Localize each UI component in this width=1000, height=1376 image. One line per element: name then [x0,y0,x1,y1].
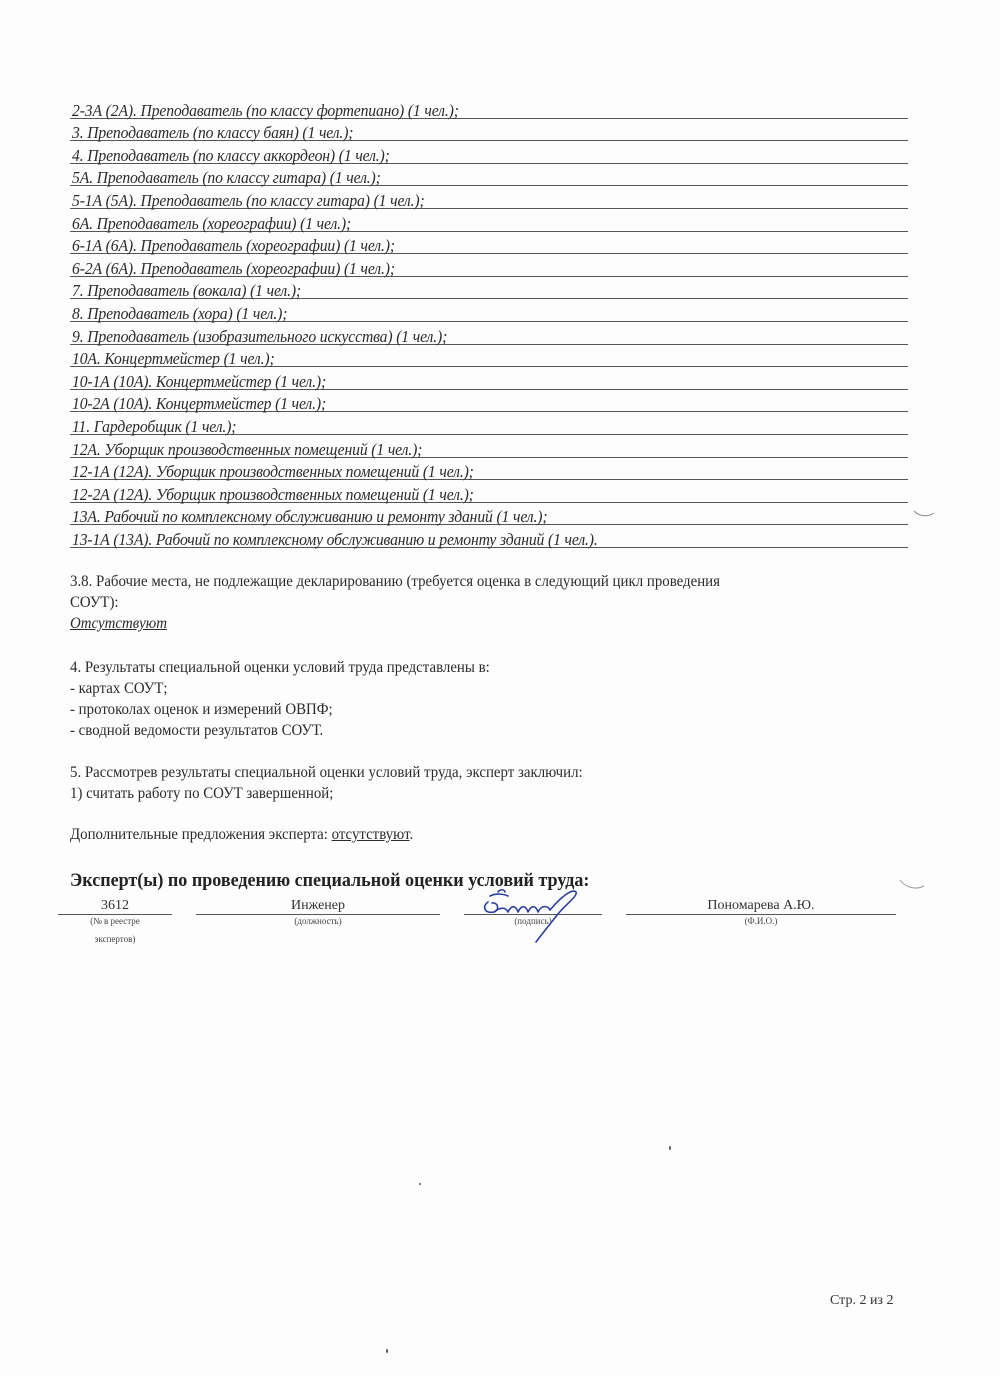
handwritten-signature-icon [478,884,588,944]
section-3-8-line1: 3.8. Рабочие места, не подлежащие деклар… [70,571,720,592]
section-3-8-line2: СОУТ): [70,592,119,613]
workplace-row: 3. Преподаватель (по классу баян) (1 чел… [70,119,908,142]
section-4-item: - протоколах оценок и измерений ОВПФ; [70,699,333,720]
additional-label: Дополнительные предложения эксперта: [70,826,332,843]
workplace-row: 12А. Уборщик производственных помещений … [70,435,908,458]
workplace-text: 12А. Уборщик производственных помещений … [72,440,422,460]
workplace-text: 8. Преподаватель (хора) (1 чел.); [72,304,287,324]
workplace-text: 10-1А (10А). Концертмейстер (1 чел.); [72,372,326,392]
workplace-row: 10-2А (10А). Концертмейстер (1 чел.); [70,390,908,413]
workplace-row: 6А. Преподаватель (хореографии) (1 чел.)… [70,209,908,232]
document-page: 2-3А (2А). Преподаватель (по классу форт… [0,0,1000,1376]
page-number: Стр. 2 из 2 [830,1293,893,1309]
workplace-text: 6-2А (6А). Преподаватель (хореографии) (… [72,259,395,279]
expert-name-field: Пономарева А.Ю. (Ф.И.О.) [626,898,896,927]
workplace-text: 6А. Преподаватель (хореографии) (1 чел.)… [72,214,351,234]
workplace-row: 6-2А (6А). Преподаватель (хореографии) (… [70,254,908,277]
workplace-row: 11. Гардеробщик (1 чел.); [70,412,908,435]
registry-caption-2: экспертов) [58,933,172,945]
workplace-row: 4. Преподаватель (по классу аккордеон) (… [70,141,908,164]
scan-speck [386,1349,388,1353]
workplace-row: 10-1А (10А). Концертмейстер (1 чел.); [70,367,908,390]
workplace-text: 5-1А (5А). Преподаватель (по классу гита… [72,191,425,211]
workplace-row: 7. Преподаватель (вокала) (1 чел.); [70,277,908,300]
position-field: Инженер (должность) [196,898,440,927]
additional-suffix: . [409,826,413,843]
workplace-row: 2-3А (2А). Преподаватель (по классу форт… [70,96,908,119]
workplace-row: 10А. Концертмейстер (1 чел.); [70,345,908,368]
workplace-row: 8. Преподаватель (хора) (1 чел.); [70,299,908,322]
workplace-text: 13А. Рабочий по комплексному обслуживани… [72,507,547,527]
workplace-text: 4. Преподаватель (по классу аккордеон) (… [72,146,390,166]
workplace-row: 5А. Преподаватель (по классу гитара) (1 … [70,164,908,187]
scan-mark-icon [912,508,938,520]
section-4-heading: 4. Результаты специальной оценки условий… [70,657,490,678]
registry-number-field: 3612 (№ в реестре экспертов) [58,898,172,945]
section-4-item: - сводной ведомости результатов СОУТ. [70,720,323,741]
workplace-text: 6-1А (6А). Преподаватель (хореографии) (… [72,236,395,256]
workplace-text: 9. Преподаватель (изобразительного искус… [72,327,447,347]
workplace-text: 10А. Концертмейстер (1 чел.); [72,349,275,369]
expert-name-caption: (Ф.И.О.) [626,915,896,927]
registry-caption: (№ в реестре [58,915,172,927]
workplace-row: 12-2А (12А). Уборщик производственных по… [70,480,908,503]
section-5-heading: 5. Рассмотрев результаты специальной оце… [70,762,583,783]
workplace-list: 2-3А (2А). Преподаватель (по классу форт… [70,96,908,548]
workplace-row: 13А. Рабочий по комплексному обслуживани… [70,503,908,526]
workplace-text: 13-1А (13А). Рабочий по комплексному обс… [72,530,598,550]
additional-proposals: Дополнительные предложения эксперта: отс… [70,824,413,845]
workplace-text: 7. Преподаватель (вокала) (1 чел.); [72,281,301,301]
workplace-row: 13-1А (13А). Рабочий по комплексному обс… [70,525,908,548]
additional-value: отсутствуют [332,826,410,843]
workplace-text: 3. Преподаватель (по классу баян) (1 чел… [72,123,353,143]
workplace-row: 6-1А (6А). Преподаватель (хореографии) (… [70,232,908,255]
workplace-row: 9. Преподаватель (изобразительного искус… [70,322,908,345]
workplace-text: 10-2А (10А). Концертмейстер (1 чел.); [72,394,326,414]
workplace-text: 5А. Преподаватель (по классу гитара) (1 … [72,168,381,188]
workplace-text: 12-2А (12А). Уборщик производственных по… [72,485,474,505]
scan-mark-icon [898,876,926,894]
registry-number: 3612 [58,898,172,914]
section-3-8-value: Отсутствуют [70,613,167,634]
section-4-item: - картах СОУТ; [70,678,168,699]
workplace-row: 5-1А (5А). Преподаватель (по классу гита… [70,186,908,209]
workplace-text: 12-1А (12А). Уборщик производственных по… [72,462,474,482]
position-value: Инженер [196,898,440,914]
scan-speck [419,1183,421,1185]
expert-name: Пономарева А.Ю. [626,898,896,914]
workplace-text: 11. Гардеробщик (1 чел.); [72,417,236,437]
section-5-item: 1) считать работу по СОУТ завершенной; [70,783,333,804]
workplace-row: 12-1А (12А). Уборщик производственных по… [70,458,908,481]
position-caption: (должность) [196,915,440,927]
scan-speck [669,1146,671,1150]
workplace-text: 2-3А (2А). Преподаватель (по классу форт… [72,101,459,121]
